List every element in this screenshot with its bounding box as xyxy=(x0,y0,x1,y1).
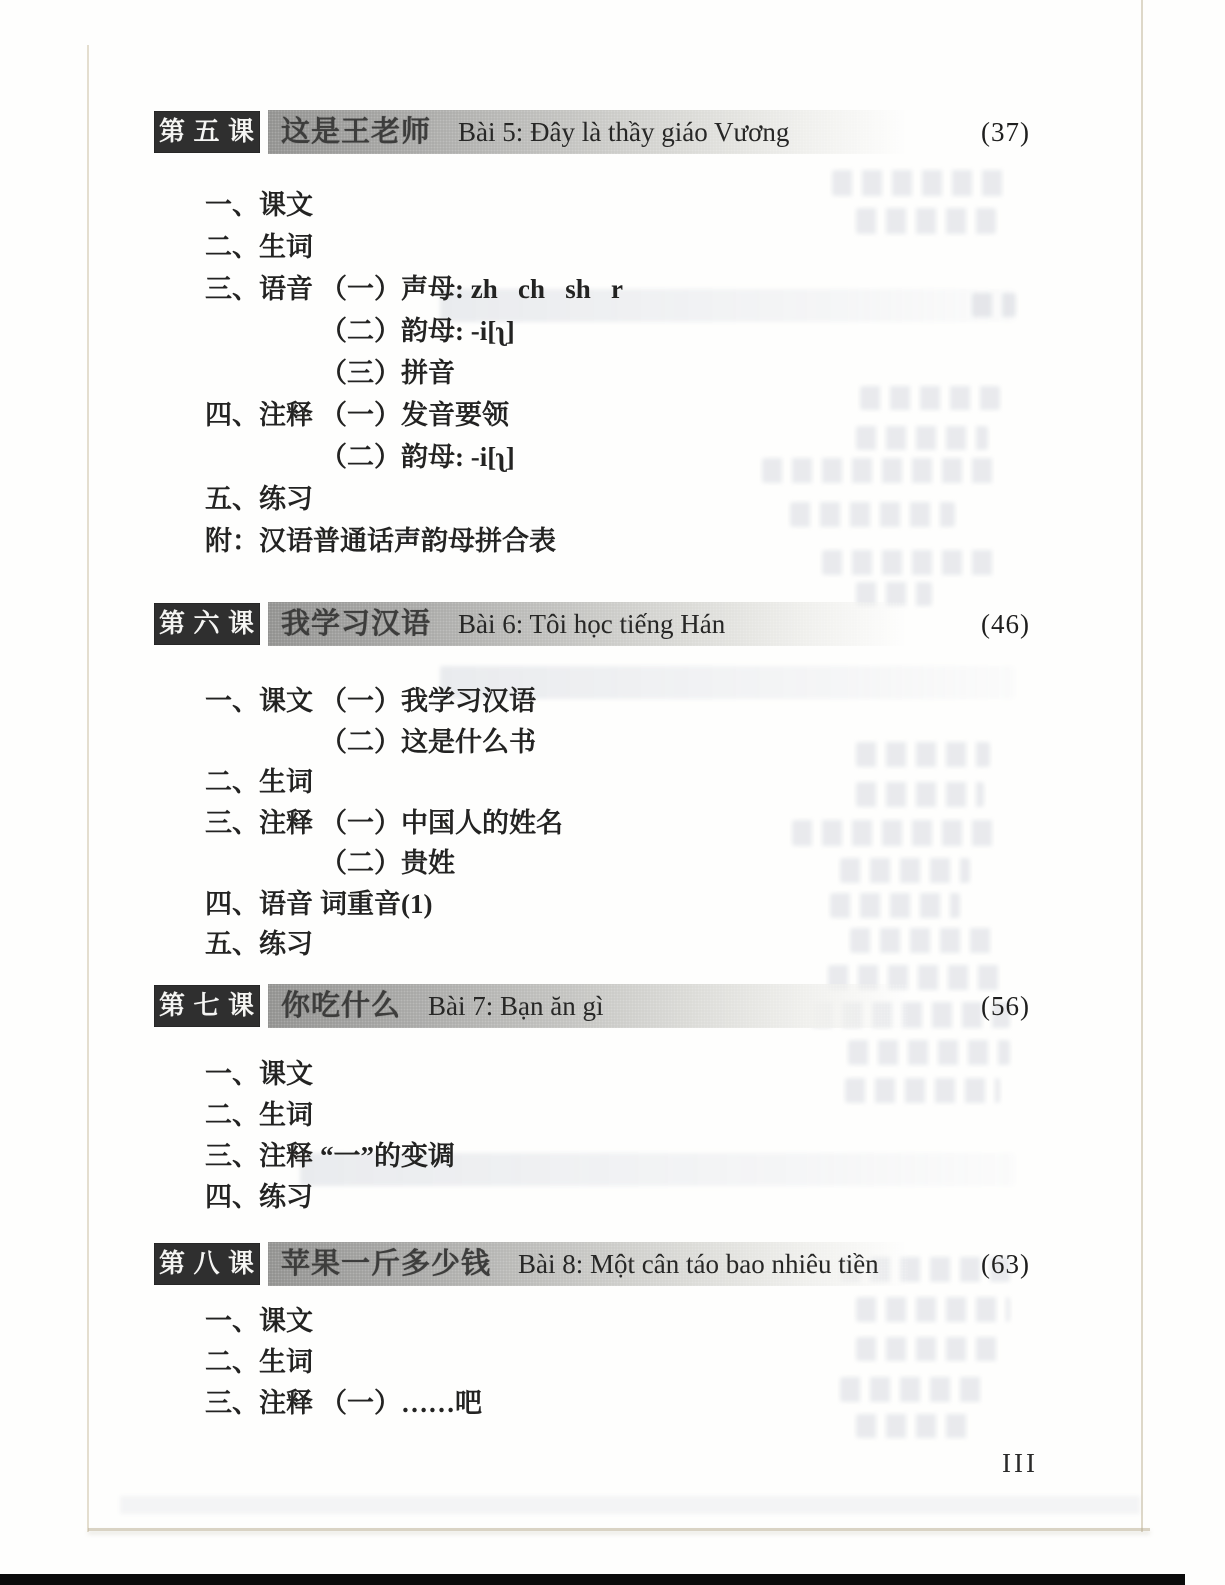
toc-sub-entry: （一）发音要领 xyxy=(320,399,509,432)
toc-term: 一、课文 xyxy=(205,189,320,222)
toc-row: 四、注释（一）发音要领 xyxy=(205,399,1045,441)
toc-row: （二）韵母: -i[ʅ] xyxy=(205,441,1045,483)
toc-sub-entry: （二）贵姓 xyxy=(320,847,455,880)
toc-term: 一、课文 xyxy=(205,685,320,718)
toc-row: 四、语音词重音(1) xyxy=(205,888,1045,929)
toc-sub-entry: （一）……吧 xyxy=(320,1387,482,1420)
lesson-page-reference: (63) xyxy=(890,1242,1030,1286)
lesson-page-reference: (56) xyxy=(890,984,1030,1028)
lesson-number-box: 第 五 课 xyxy=(154,111,260,153)
toc-row: 三、注释“一”的变调 xyxy=(205,1140,1045,1181)
lesson-title-bar: 你吃什么Bài 7: Bạn ăn gì xyxy=(268,984,908,1028)
toc-row: （二）韵母: -i[ʅ] xyxy=(205,315,1045,357)
toc-row: 三、注释（一）中国人的姓名 xyxy=(205,807,1045,848)
lesson-title-vietnamese: Bài 7: Bạn ăn gì xyxy=(428,984,603,1028)
toc-row: 附：汉语普通话声韵母拼合表 xyxy=(205,525,1045,567)
lesson-header: 第 八 课苹果一斤多少钱Bài 8: Một cân táo bao nhiêu… xyxy=(0,1242,1225,1286)
page-right-edge xyxy=(1141,0,1143,1532)
scanned-page: 第 五 课这是王老师Bài 5: Đây là thầy giáo Vương(… xyxy=(0,0,1225,1585)
lesson-number-box: 第 七 课 xyxy=(154,985,260,1027)
lesson-body: 一、课文二、生词三、语音（一）声母: zh ch sh r（二）韵母: -i[ʅ… xyxy=(205,189,1045,567)
toc-term: 四、练习 xyxy=(205,1181,320,1214)
toc-sub-entry: “一”的变调 xyxy=(320,1140,455,1173)
toc-row: （二）这是什么书 xyxy=(205,726,1045,767)
toc-term: 三、注释 xyxy=(205,1140,320,1173)
page-left-edge xyxy=(87,45,89,1532)
page-bottom-edge xyxy=(88,1528,1150,1531)
scanner-edge-strip xyxy=(0,1574,1185,1585)
lesson-header: 第 五 课这是王老师Bài 5: Đây là thầy giáo Vương(… xyxy=(0,110,1225,154)
toc-term: 附：汉语普通话声韵母拼合表 xyxy=(205,525,556,558)
toc-term: 二、生词 xyxy=(205,231,320,264)
toc-row: 五、练习 xyxy=(205,483,1045,525)
toc-term: 四、语音 xyxy=(205,888,320,921)
lesson-body: 一、课文二、生词三、注释（一）……吧 xyxy=(205,1305,1045,1428)
bleed-through-artifact xyxy=(120,1496,1140,1514)
lesson-page-reference: (37) xyxy=(890,110,1030,154)
lesson-body: 一、课文（一）我学习汉语（二）这是什么书二、生词三、注释（一）中国人的姓名（二）… xyxy=(205,685,1045,969)
lesson-title-bar: 我学习汉语Bài 6: Tôi học tiếng Hán xyxy=(268,602,908,646)
lesson-header: 第 六 课我学习汉语Bài 6: Tôi học tiếng Hán(46) xyxy=(0,602,1225,646)
toc-row: 二、生词 xyxy=(205,1099,1045,1140)
toc-sub-entry: （二）这是什么书 xyxy=(320,726,536,759)
toc-row: （二）贵姓 xyxy=(205,847,1045,888)
lesson-title-vietnamese: Bài 5: Đây là thầy giáo Vương xyxy=(458,110,789,154)
lesson-title-chinese: 我学习汉语 xyxy=(281,602,431,646)
toc-sub-entry: 词重音(1) xyxy=(320,888,432,921)
toc-row: 三、语音（一）声母: zh ch sh r xyxy=(205,273,1045,315)
lesson-title-chinese: 你吃什么 xyxy=(281,984,401,1028)
lesson-body: 一、课文二、生词三、注释“一”的变调四、练习 xyxy=(205,1058,1045,1222)
toc-term: 一、课文 xyxy=(205,1058,320,1091)
toc-sub-entry: （一）中国人的姓名 xyxy=(320,807,563,840)
toc-row: （三）拼音 xyxy=(205,357,1045,399)
toc-row: 一、课文 xyxy=(205,1058,1045,1099)
lesson-title-bar: 苹果一斤多少钱Bài 8: Một cân táo bao nhiêu tiền xyxy=(268,1242,908,1286)
toc-sub-entry: （二）韵母: -i[ʅ] xyxy=(320,441,515,474)
lesson-title-bar: 这是王老师Bài 5: Đây là thầy giáo Vương xyxy=(268,110,908,154)
toc-term: 二、生词 xyxy=(205,766,320,799)
lesson-title-vietnamese: Bài 6: Tôi học tiếng Hán xyxy=(458,602,725,646)
toc-term: 二、生词 xyxy=(205,1346,320,1379)
toc-row: 一、课文（一）我学习汉语 xyxy=(205,685,1045,726)
toc-term: 三、注释 xyxy=(205,1387,320,1420)
toc-sub-entry: （一）我学习汉语 xyxy=(320,685,536,718)
toc-term: 五、练习 xyxy=(205,483,320,516)
toc-term: 四、注释 xyxy=(205,399,320,432)
toc-term: 三、语音 xyxy=(205,273,320,306)
toc-term: 二、生词 xyxy=(205,1099,320,1132)
toc-term: 一、课文 xyxy=(205,1305,320,1338)
lesson-header: 第 七 课你吃什么Bài 7: Bạn ăn gì(56) xyxy=(0,984,1225,1028)
toc-row: 二、生词 xyxy=(205,231,1045,273)
toc-term: 三、注释 xyxy=(205,807,320,840)
lesson-number-box: 第 六 课 xyxy=(154,603,260,645)
lesson-title-vietnamese: Bài 8: Một cân táo bao nhiêu tiền xyxy=(518,1242,879,1286)
toc-sub-entry: （二）韵母: -i[ʅ] xyxy=(320,315,515,348)
lesson-number-box: 第 八 课 xyxy=(154,1243,260,1285)
lesson-title-chinese: 苹果一斤多少钱 xyxy=(281,1242,491,1286)
toc-row: 二、生词 xyxy=(205,1346,1045,1387)
lesson-page-reference: (46) xyxy=(890,602,1030,646)
toc-sub-entry: （三）拼音 xyxy=(320,357,455,390)
toc-row: 一、课文 xyxy=(205,189,1045,231)
toc-sub-entry: （一）声母: zh ch sh r xyxy=(320,273,623,306)
toc-row: 一、课文 xyxy=(205,1305,1045,1346)
lesson-title-chinese: 这是王老师 xyxy=(281,110,431,154)
toc-row: 三、注释（一）……吧 xyxy=(205,1387,1045,1428)
toc-row: 二、生词 xyxy=(205,766,1045,807)
toc-row: 五、练习 xyxy=(205,928,1045,969)
toc-row: 四、练习 xyxy=(205,1181,1045,1222)
page-number: III xyxy=(960,1448,1080,1479)
toc-term: 五、练习 xyxy=(205,928,320,961)
